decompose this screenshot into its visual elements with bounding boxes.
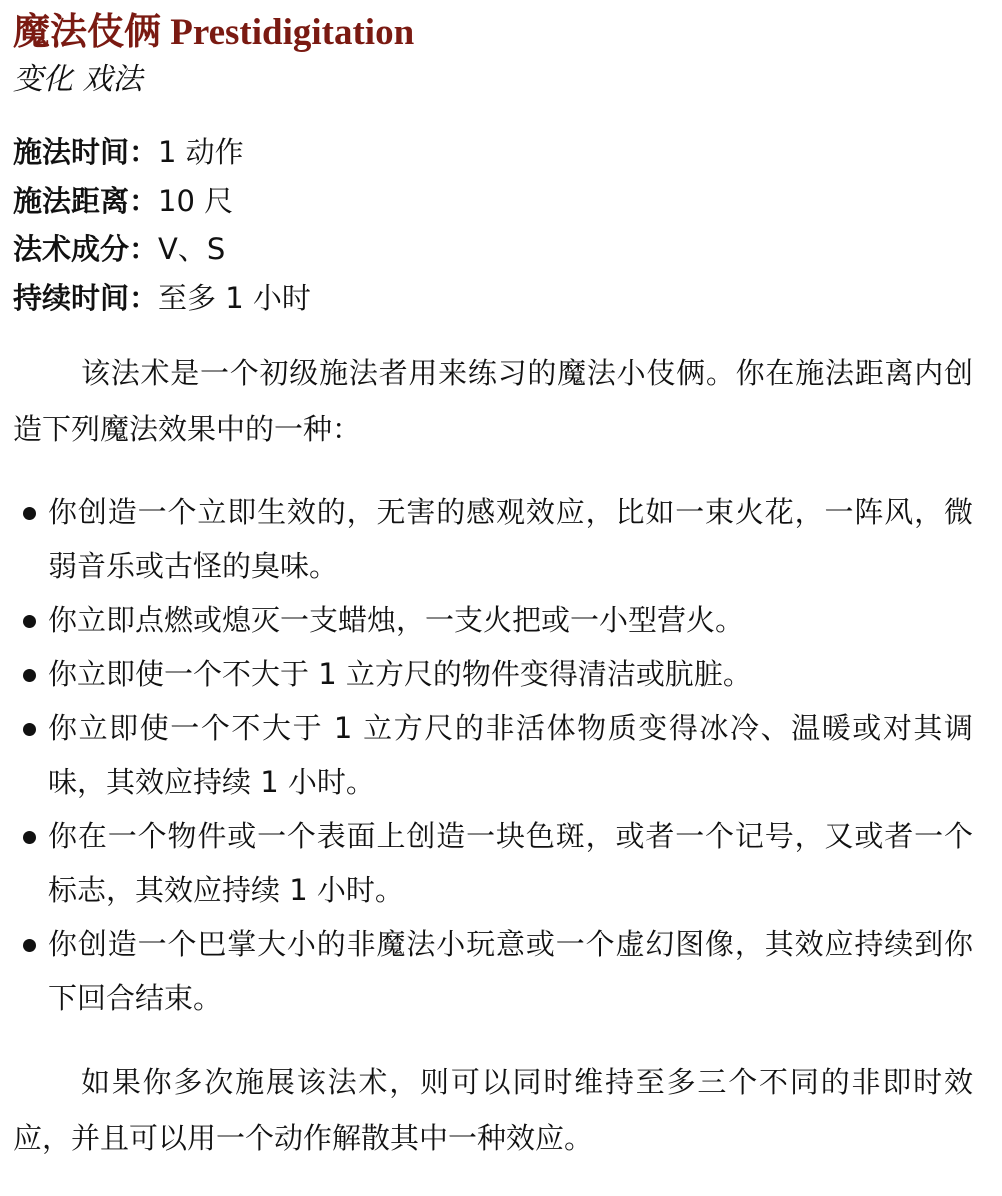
bullet-icon bbox=[23, 507, 36, 520]
stat-components: 法术成分：V、S bbox=[13, 225, 311, 274]
stat-label: 法术成分： bbox=[13, 232, 158, 266]
spell-school: 变化 戏法 bbox=[13, 60, 143, 100]
list-item: 你创造一个立即生效的，无害的感观效应，比如一束火花，一阵风，微弱音乐或古怪的臭味… bbox=[13, 485, 973, 593]
stat-label: 持续时间： bbox=[13, 281, 158, 315]
list-item: 你立即使一个不大于 1 立方尺的非活体物质变得冰冷、温暖或对其调味，其效应持续 … bbox=[13, 701, 973, 809]
list-item: 你在一个物件或一个表面上创造一块色斑，或者一个记号，又或者一个标志，其效应持续 … bbox=[13, 809, 973, 917]
stat-label: 施法时间： bbox=[13, 135, 158, 169]
bullet-icon bbox=[23, 939, 36, 952]
stat-label: 施法距离： bbox=[13, 184, 158, 218]
bullet-icon bbox=[23, 669, 36, 682]
bullet-icon bbox=[23, 831, 36, 844]
bullet-icon bbox=[23, 723, 36, 736]
spell-title: 魔法伎俩 Prestidigitation bbox=[13, 10, 414, 56]
stat-value: V、S bbox=[158, 232, 225, 266]
stat-duration: 持续时间：至多 1 小时 bbox=[13, 274, 311, 323]
stat-value: 1 动作 bbox=[158, 135, 244, 169]
spell-intro-paragraph: 该法术是一个初级施法者用来练习的魔法小伎俩。你在施法距离内创造下列魔法效果中的一… bbox=[13, 345, 973, 457]
effect-list: 你创造一个立即生效的，无害的感观效应，比如一束火花，一阵风，微弱音乐或古怪的臭味… bbox=[13, 485, 973, 1025]
spell-stats: 施法时间：1 动作 施法距离：10 尺 法术成分：V、S 持续时间：至多 1 小… bbox=[13, 128, 311, 322]
stat-range: 施法距离：10 尺 bbox=[13, 177, 311, 226]
list-item: 你立即使一个不大于 1 立方尺的物件变得清洁或肮脏。 bbox=[13, 647, 973, 701]
stat-casting-time: 施法时间：1 动作 bbox=[13, 128, 311, 177]
effect-text: 你立即使一个不大于 1 立方尺的非活体物质变得冰冷、温暖或对其调味，其效应持续 … bbox=[48, 711, 973, 799]
bullet-icon bbox=[23, 615, 36, 628]
list-item: 你创造一个巴掌大小的非魔法小玩意或一个虚幻图像，其效应持续到你下回合结束。 bbox=[13, 917, 973, 1025]
spell-outro-paragraph: 如果你多次施展该法术，则可以同时维持至多三个不同的非即时效应，并且可以用一个动作… bbox=[13, 1054, 973, 1166]
effect-text: 你立即点燃或熄灭一支蜡烛，一支火把或一小型营火。 bbox=[48, 603, 744, 637]
stat-value: 10 尺 bbox=[158, 184, 233, 218]
effect-text: 你创造一个立即生效的，无害的感观效应，比如一束火花，一阵风，微弱音乐或古怪的臭味… bbox=[48, 495, 973, 583]
effect-text: 你立即使一个不大于 1 立方尺的物件变得清洁或肮脏。 bbox=[48, 657, 752, 691]
stat-value: 至多 1 小时 bbox=[158, 281, 311, 315]
effect-text: 你创造一个巴掌大小的非魔法小玩意或一个虚幻图像，其效应持续到你下回合结束。 bbox=[48, 927, 973, 1015]
list-item: 你立即点燃或熄灭一支蜡烛，一支火把或一小型营火。 bbox=[13, 593, 973, 647]
effect-text: 你在一个物件或一个表面上创造一块色斑，或者一个记号，又或者一个标志，其效应持续 … bbox=[48, 819, 973, 907]
